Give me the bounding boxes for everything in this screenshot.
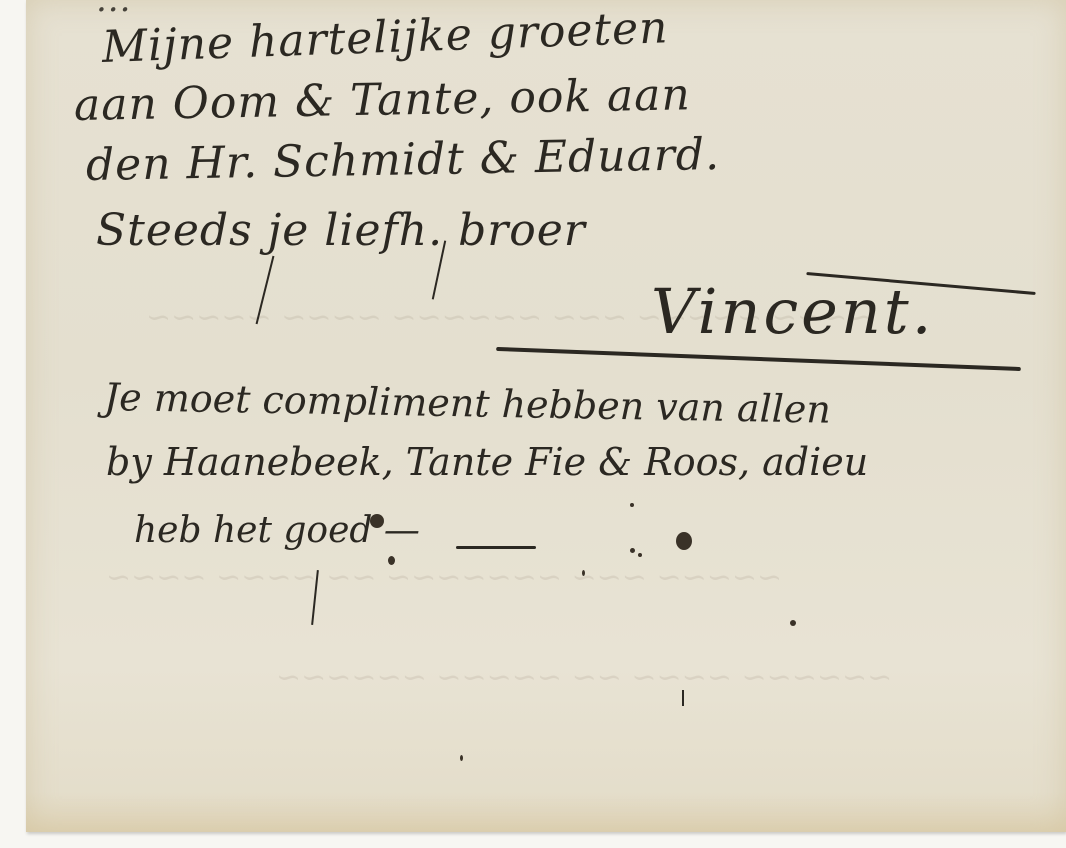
postscript-line-2: by Haanebeek, Tante Fie & Roos, adieu — [106, 440, 868, 484]
pen-stroke — [682, 690, 684, 706]
ink-dot — [630, 548, 635, 553]
ink-dot — [630, 503, 634, 507]
signature: Vincent. — [651, 275, 934, 348]
ink-dot — [638, 553, 642, 557]
show-through-text: ~~~~~ ~~~ ~~~~~~~ ~~ ~~~~ ~~~~ — [106, 560, 782, 595]
closing-dash — [456, 546, 536, 549]
closing-line: Steeds je liefh. broer — [96, 205, 586, 256]
ink-dot — [582, 570, 585, 576]
ink-dot — [790, 620, 796, 626]
ink-dot — [460, 755, 463, 761]
letter-line-1: Mijne hartelijke groeten — [101, 2, 669, 73]
signature-underline — [496, 347, 1021, 371]
letter-scan: ~~~~ ~~~~~ ~~~ ~~~~~~ ~~~~ ~~~~~ ~~~~~ ~… — [0, 0, 1066, 848]
ink-blot — [370, 514, 384, 528]
letter-line-3: den Hr. Schmidt & Eduard. — [86, 129, 721, 191]
paper-sheet: ~~~~ ~~~~~ ~~~ ~~~~~~ ~~~~ ~~~~~ ~~~~~ ~… — [26, 0, 1066, 832]
letter-line-2: aan Oom & Tante, ook aan — [74, 69, 692, 131]
ink-blot — [676, 532, 692, 550]
postscript-line-1: Je moet compliment hebben van allen — [104, 375, 832, 432]
show-through-text: ~~~~~~ ~~~~ ~~ ~~~~~ ~~~~~~ — [276, 660, 892, 695]
cut-off-line: ... — [96, 0, 131, 20]
ink-blot — [388, 556, 395, 565]
